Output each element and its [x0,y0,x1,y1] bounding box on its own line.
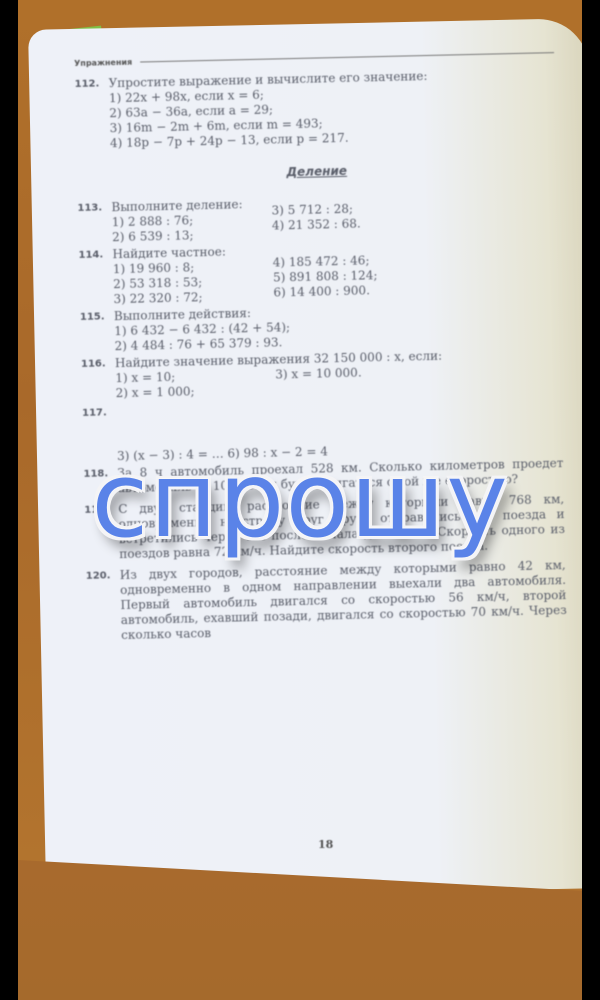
page-number: 18 [318,838,333,851]
overlay-caption: спрошу [0,440,600,560]
exercise-number: 116. [81,356,116,402]
exercise-114: 114. Найдите частное: 1) 19 960 : 8; 2) … [78,237,559,308]
section-title: Деление [77,159,557,185]
exercise-113: 113. Выполните деление: 1) 2 888 : 76; 2… [77,190,558,246]
exercise-112: 112. Упростите выражение и вычислите его… [74,66,556,152]
exercise-text: Из двух городов, расстояние между которы… [120,558,568,643]
exercise-item: 2) 6 539 : 13; [112,227,272,246]
exercise-item: 3) 22 320 : 72; [113,289,273,308]
exercise-116: 116. Найдите значение выражения 32 150 0… [81,346,562,402]
exercise-number: 113. [77,200,112,246]
exercise-number: 114. [78,247,113,308]
exercise-item: 2) x = 1 000; [116,383,276,402]
exercise-120: 120. Из двух городов, расстояние между к… [86,558,568,644]
exercise-number: 120. [86,568,122,644]
exercise-115: 115. Выполните действия: 1) 6 432 − 6 43… [80,299,561,355]
header-rule [140,52,554,62]
exercise-number: 112. [74,76,110,152]
running-head-label: Упражнения [74,55,132,71]
exercise-number: 115. [80,309,115,355]
